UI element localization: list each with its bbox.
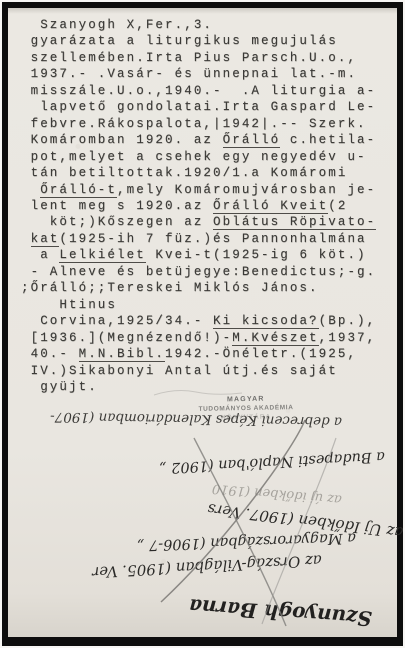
photo-frame: Szanyogh X,Fer.,3. gyarázata a liturgiku…	[2, 2, 403, 646]
handwritten-signature: Szunyogh Barna	[173, 593, 372, 631]
handwritten-entry: a Budapesti Napló'ban (1902 „	[121, 448, 385, 478]
stamp-line-1: MAGYAR	[190, 395, 302, 404]
typed-line: kat(1925-ih 7 füz.)és Pannonhalmána	[21, 231, 401, 247]
typed-line: 1937.- .Vasár- és ünnepnai lat.-m.	[21, 66, 401, 82]
typed-line: Htinus	[21, 297, 401, 313]
typed-line: szellemében.Irta Pius Parsch.U.o.,	[21, 50, 401, 66]
typed-line: - Alneve és betüjegye:Benedictus;-g.	[21, 264, 401, 280]
typed-line: Corvina,1925/34.- Ki kicsoda?(Bp.),	[21, 313, 401, 329]
typed-line: gyarázata a liturgikus megujulás	[21, 33, 401, 49]
typed-line: gyüjt.	[21, 379, 401, 395]
typed-line: köt;)Kőszegen az Oblátus Röpivato-	[21, 214, 401, 230]
typed-line: 40.- M.N.Bibl.1942.-Önéletr.(1925,	[21, 346, 401, 362]
typed-line: misszále.U.o.,1940.- .A liturgia a-	[21, 83, 401, 99]
typed-line: febvre.Rákospalota,|1942|.-- Szerk.	[21, 116, 401, 132]
typed-text: Szanyogh X,Fer.,3. gyarázata a liturgiku…	[21, 17, 401, 395]
handwritten-entry: az Ország-Világban (1905. Ver	[32, 551, 323, 584]
typed-line: lent meg s 1920.az Őrálló Kveit(2	[21, 198, 401, 214]
typed-line: Szanyogh X,Fer.,3.	[21, 17, 401, 33]
catalog-card: Szanyogh X,Fer.,3. gyarázata a liturgiku…	[8, 8, 397, 637]
typed-line: a Lelkiélet Kvei-t(1925-ig 6 köt.)	[21, 247, 401, 263]
typed-line: tán betiltottak.1920/1.a Komáromi	[21, 165, 401, 181]
scanned-photo: Szanyogh X,Fer.,3. gyarázata a liturgiku…	[0, 0, 405, 648]
typed-line: lapvető gondolatai.Irta Gaspard Le-	[21, 99, 401, 115]
typed-line: [1936.](Megnézendő!)-M.Kvészet,1937,	[21, 330, 401, 346]
typed-line: ;Őrálló;;Tereskei Miklós János.	[21, 280, 401, 296]
typed-line: Őrálló-t,mely Komáromujvárosban je-	[21, 182, 401, 198]
typed-line: Komáromban 1920. az Őrálló c.hetila-	[21, 132, 401, 148]
typed-line: IV.)Sikabonyi Antal útj.és saját	[21, 363, 401, 379]
typed-line: pot,melyet a csehek egy negyedév u-	[21, 149, 401, 165]
